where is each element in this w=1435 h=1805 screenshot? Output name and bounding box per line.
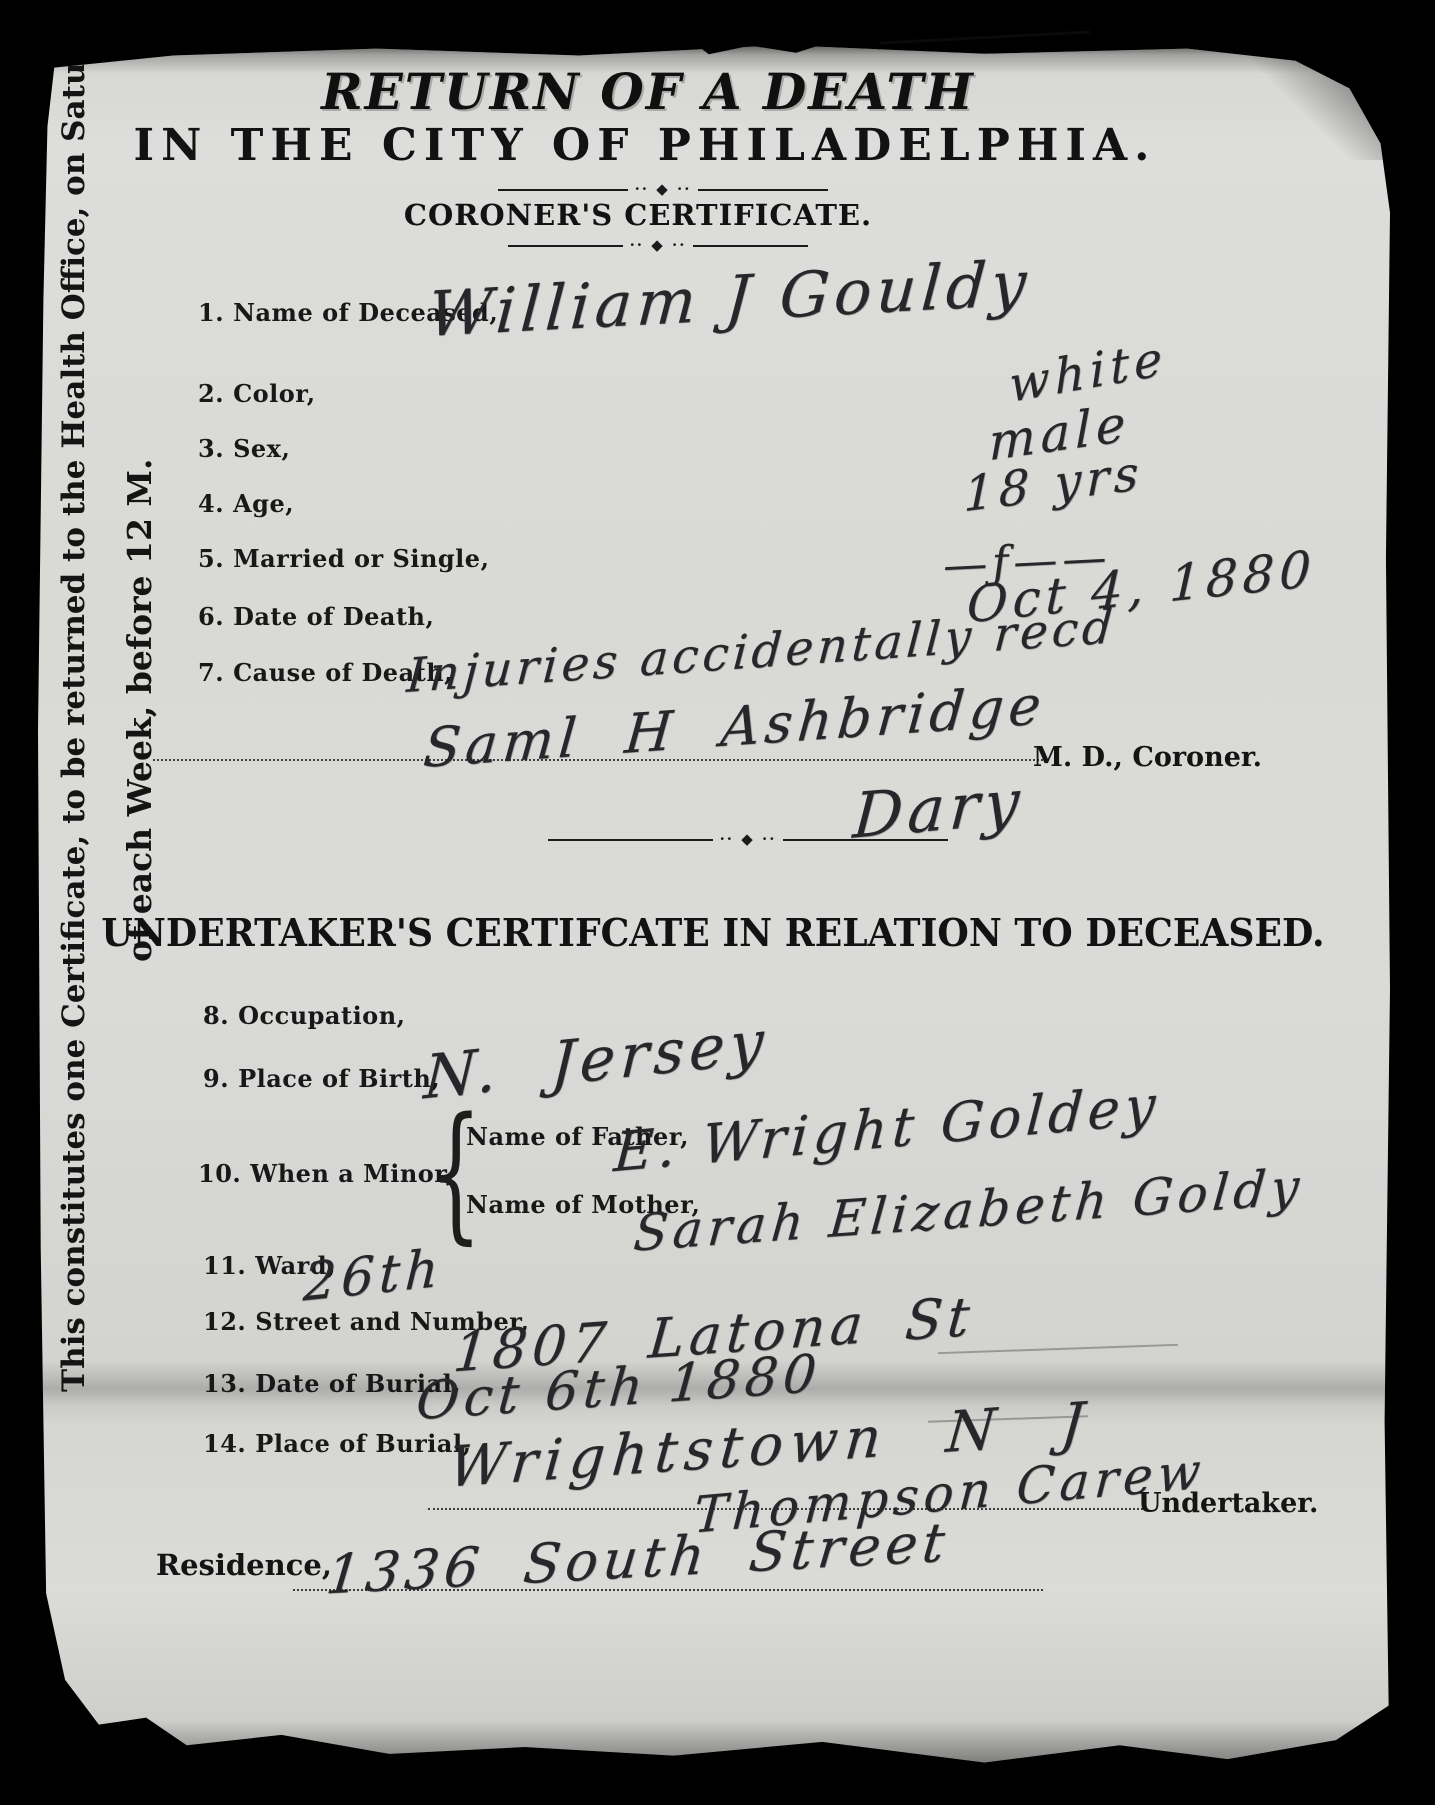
- field-11-value-ward: 26th: [302, 1242, 445, 1309]
- undertaker-heading: UNDERTAKER'S CERTIFCATE IN RELATION TO D…: [101, 910, 1324, 955]
- paper-tear-line: [880, 31, 1090, 45]
- undertaker-signature-title: Undertaker.: [1138, 1488, 1318, 1519]
- corner-smudge: [1250, 40, 1390, 160]
- pencil-stroke: [938, 1344, 1178, 1354]
- field-8-label: 8.Occupation,: [203, 1001, 406, 1030]
- ornament-glyphs: ·· ◆ ··: [635, 182, 692, 197]
- ornament-divider: ·· ◆ ··: [548, 832, 948, 847]
- ornament-divider: ·· ◆ ··: [508, 238, 808, 253]
- coroner-signature-title: M. D., Coroner.: [1033, 742, 1262, 773]
- page-subtitle: IN THE CITY OF PHILADELPHIA.: [134, 120, 1157, 171]
- field-5-label: 5.Married or Single,: [198, 544, 489, 573]
- bottom-edge-smudge: [38, 1720, 1390, 1766]
- ornament-glyphs: ·· ◆ ··: [630, 238, 687, 253]
- ornament-divider: ·· ◆ ··: [498, 182, 828, 197]
- field-9-label: 9.Place of Birth,: [203, 1064, 440, 1093]
- photo-background: This constitutes one Certificate, to be …: [0, 0, 1435, 1805]
- field-6-label: 6.Date of Death,: [198, 602, 434, 631]
- residence-label: Residence,: [156, 1548, 332, 1582]
- page-title: RETURN OF A DEATH: [321, 62, 975, 121]
- mother-value: Sarah Elizabeth Goldy: [632, 1161, 1306, 1258]
- minor-brace: {: [430, 1098, 482, 1246]
- field-2-label: 2.Color,: [198, 379, 316, 408]
- margin-note-line1: This constitutes one Certificate, to be …: [56, 0, 92, 1392]
- ornament-glyphs: ·· ◆ ··: [720, 832, 777, 847]
- father-value: E. Wright Goldey: [612, 1078, 1162, 1180]
- field-1-value-name-of-deceased: William J Gouldy: [426, 252, 1033, 346]
- field-3-label: 3.Sex,: [198, 434, 290, 463]
- certificate-paper: This constitutes one Certificate, to be …: [38, 40, 1390, 1766]
- field-4-label: 4.Age,: [198, 489, 294, 518]
- margin-note-line2: of each Week, before 12 M.: [120, 459, 159, 962]
- field-14-label: 14.Place of Burial,: [203, 1429, 471, 1458]
- field-10-label: 10.When a Minor,: [198, 1159, 455, 1188]
- coroner-heading: CORONER'S CERTIFICATE.: [404, 198, 872, 232]
